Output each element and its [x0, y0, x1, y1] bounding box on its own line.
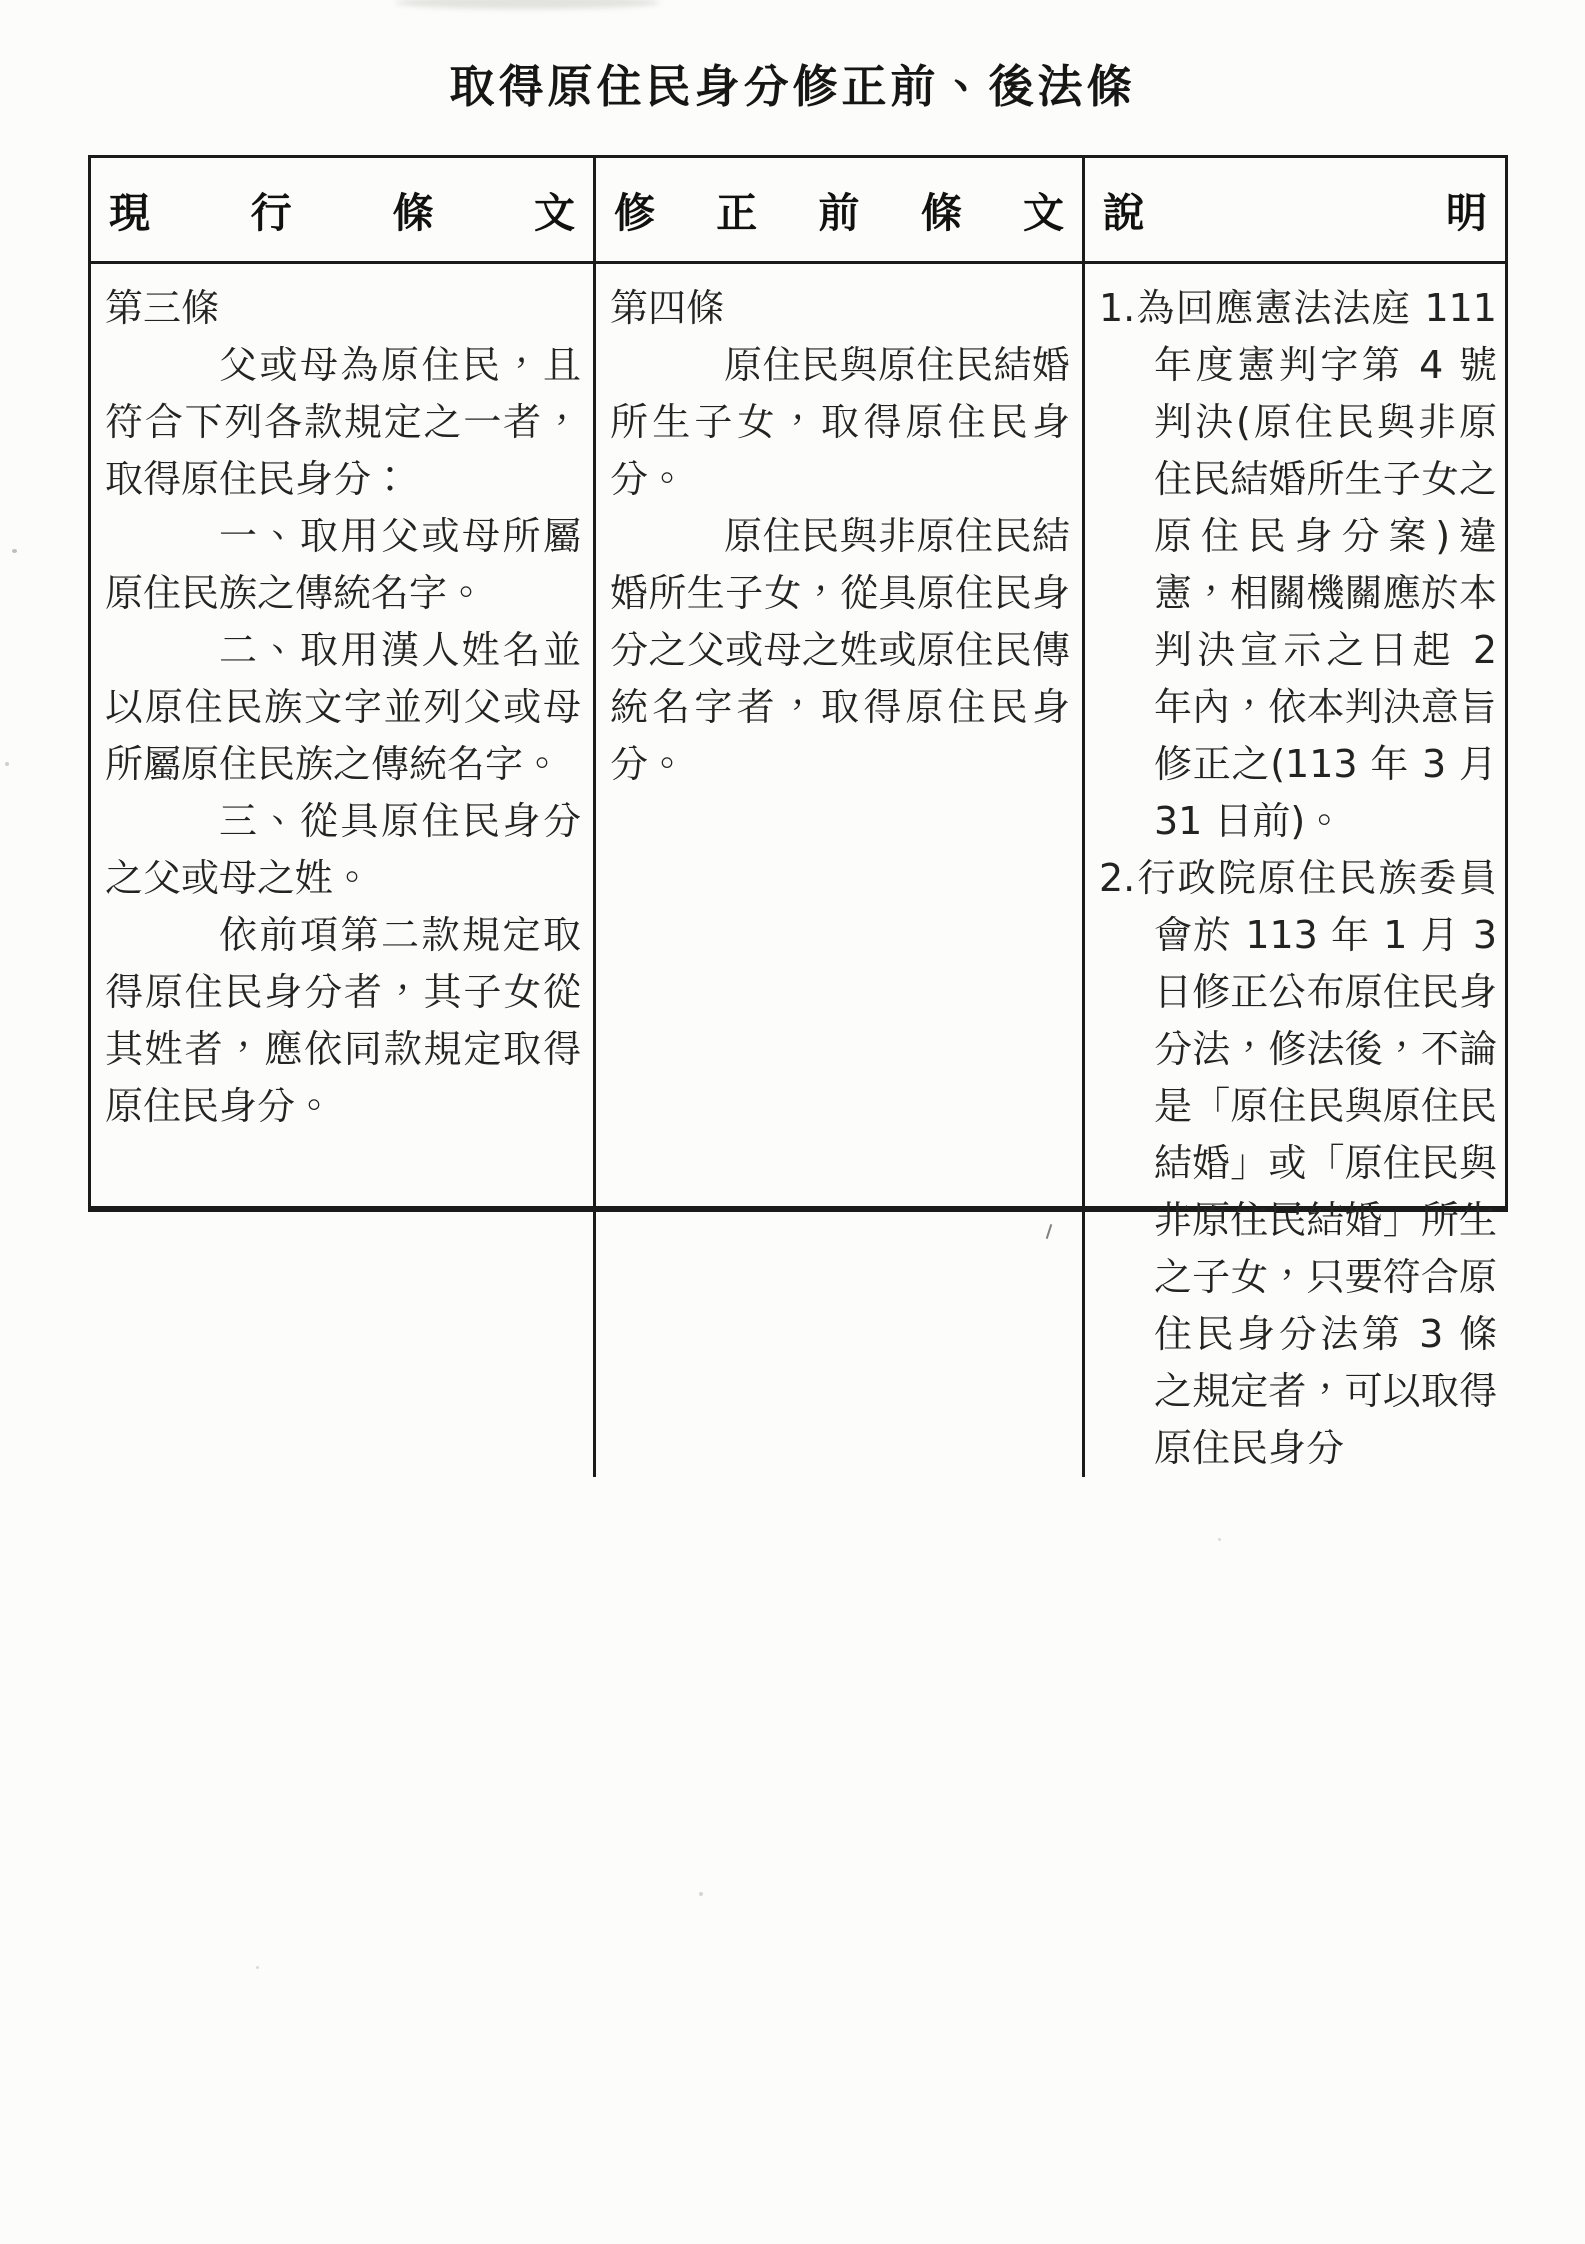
scan-speck — [256, 1966, 259, 1969]
article-paragraph: 一、取用父或母所屬原住民族之傳統名字。 — [105, 508, 581, 622]
article-paragraph: 二、取用漢人姓名並以原住民族文字並列父或母所屬原住民族之傳統名字。 — [105, 622, 581, 793]
article-paragraph: 原住民與原住民結婚所生子女，取得原住民身分。 — [610, 337, 1070, 508]
scanned-document-page: 取得原住民身分修正前、後法條 現行條文 修正前條文 說明 第三條 父或母為原住民… — [0, 0, 1585, 2244]
explanation-item-number: 2. — [1099, 856, 1135, 900]
column-header-current-article: 現行條文 — [91, 158, 593, 261]
article-number: 第三條 — [105, 280, 581, 337]
scan-speck — [12, 549, 17, 553]
article-paragraph: 原住民與非原住民結婚所生子女，從具原住民身分之父或母之姓或原住民傳統名字者，取得… — [610, 508, 1070, 793]
article-number: 第四條 — [610, 280, 1070, 337]
cell-explanation: 1.為回應憲法法庭 111 年度憲判字第 4 號判決(原住民與非原住民結婚所生子… — [1082, 264, 1505, 1477]
scan-speck — [699, 1892, 703, 1896]
scan-smudge-artifact — [395, 0, 660, 9]
article-paragraph: 依前項第二款規定取得原住民身分者，其子女從其姓者，應依同款規定取得原住民身分。 — [105, 907, 581, 1135]
scan-speck — [5, 762, 9, 766]
table-header-row: 現行條文 修正前條文 說明 — [91, 158, 1505, 264]
explanation-item-text: 行政院原住民族委員會於 113 年 1 月 3 日修正公布原住民身分法，修法後，… — [1135, 856, 1497, 1470]
explanation-item: 2.行政院原住民族委員會於 113 年 1 月 3 日修正公布原住民身分法，修法… — [1099, 850, 1497, 1477]
cell-pre-amendment-article: 第四條 原住民與原住民結婚所生子女，取得原住民身分。 原住民與非原住民結婚所生子… — [593, 264, 1082, 1477]
article-paragraph: 三、從具原住民身分之父或母之姓。 — [105, 793, 581, 907]
explanation-item: 1.為回應憲法法庭 111 年度憲判字第 4 號判決(原住民與非原住民結婚所生子… — [1099, 280, 1497, 850]
page-title: 取得原住民身分修正前、後法條 — [0, 50, 1585, 115]
article-paragraph: 父或母為原住民，且符合下列各款規定之一者，取得原住民身分： — [105, 337, 581, 508]
scan-speck — [1218, 1538, 1221, 1541]
table-body-row: 第三條 父或母為原住民，且符合下列各款規定之一者，取得原住民身分： 一、取用父或… — [91, 264, 1505, 1477]
column-header-explanation: 說明 — [1082, 158, 1505, 261]
cell-current-article: 第三條 父或母為原住民，且符合下列各款規定之一者，取得原住民身分： 一、取用父或… — [91, 264, 593, 1477]
column-header-pre-amendment-article: 修正前條文 — [593, 158, 1082, 261]
law-comparison-table: 現行條文 修正前條文 說明 第三條 父或母為原住民，且符合下列各款規定之一者，取… — [88, 155, 1508, 1212]
explanation-item-number: 1. — [1099, 286, 1135, 330]
explanation-item-text: 為回應憲法法庭 111 年度憲判字第 4 號判決(原住民與非原住民結婚所生子女之… — [1135, 286, 1497, 843]
